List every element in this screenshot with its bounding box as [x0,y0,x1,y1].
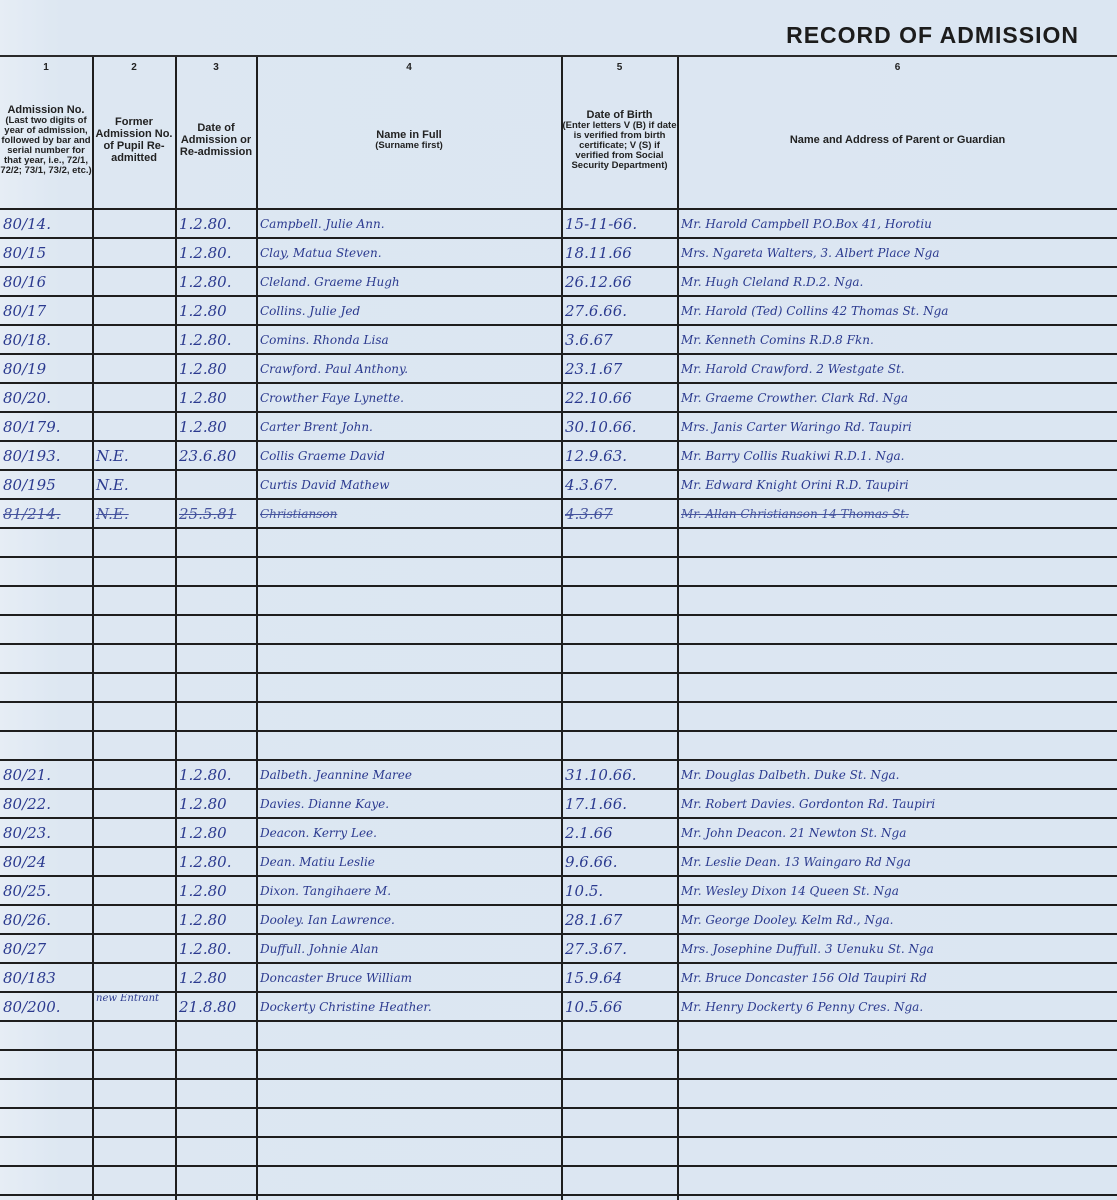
cell-dob: 15.9.64 [562,965,676,992]
cell-adm: 80/183 [0,965,91,992]
cell-dob: 31.10.66. [562,762,676,789]
table-row: 80/22.1.2.80Davies. Dianne Kaye.17.1.66.… [0,789,1117,818]
cell-adm: 80/17 [0,298,91,325]
cell-date: 1.2.80 [176,820,255,847]
cell-former [93,327,174,354]
column-header-former-admission: 2 Former Admission No. of Pupil Re-admit… [93,57,175,207]
table-row [0,615,1117,644]
cell-name: Dockerty Christine Heather. [257,994,560,1021]
table-row: 80/14.1.2.80.Campbell. Julie Ann.15-11-6… [0,209,1117,238]
table-row [0,673,1117,702]
cell-former [93,385,174,412]
cell-dob: 17.1.66. [562,791,676,818]
table-row [0,1079,1117,1108]
row-rule [0,1194,1117,1196]
table-row [0,644,1117,673]
cell-date: 1.2.80. [176,240,255,267]
table-row: 80/21.1.2.80.Dalbeth. Jeannine Maree31.1… [0,760,1117,789]
cell-former [93,762,174,789]
cell-former [93,936,174,963]
table-row: 80/151.2.80.Clay, Matua Steven.18.11.66M… [0,238,1117,267]
cell-name: Crowther Faye Lynette. [257,385,560,412]
cell-dob: 22.10.66 [562,385,676,412]
cell-date: 23.6.80 [176,443,255,470]
cell-name: Comins. Rhonda Lisa [257,327,560,354]
cell-date: 1.2.80 [176,356,255,383]
cell-parent: Mr. Barry Collis Ruakiwi R.D.1. Nga. [678,443,1116,470]
column-header-date-of-birth: 5 Date of Birth(Enter letters V (B) if d… [562,57,677,207]
cell-date: 21.8.80 [176,994,255,1021]
cell-parent: Mr. Harold Campbell P.O.Box 41, Horotiu [678,211,1116,238]
cell-date: 1.2.80 [176,965,255,992]
cell-adm: 80/21. [0,762,91,789]
table-row: 80/200.new Entrant21.8.80Dockerty Christ… [0,992,1117,1021]
cell-date: 1.2.80. [176,269,255,296]
cell-date: 1.2.80 [176,385,255,412]
cell-name: Deacon. Kerry Lee. [257,820,560,847]
cell-dob: 4.3.67. [562,472,676,499]
cell-former [93,820,174,847]
cell-former [93,791,174,818]
cell-name: Christianson [257,501,560,528]
cell-name: Dooley. Ian Lawrence. [257,907,560,934]
cell-former [93,269,174,296]
table-row [0,731,1117,760]
cell-adm: 80/18. [0,327,91,354]
cell-parent: Mr. Harold (Ted) Collins 42 Thomas St. N… [678,298,1116,325]
cell-dob: 26.12.66 [562,269,676,296]
table-row: 80/195N.E.Curtis David Mathew4.3.67.Mr. … [0,470,1117,499]
table-row: 80/20.1.2.80Crowther Faye Lynette.22.10.… [0,383,1117,412]
cell-name: Davies. Dianne Kaye. [257,791,560,818]
cell-parent: Mr. Kenneth Comins R.D.8 Fkn. [678,327,1116,354]
cell-adm: 80/195 [0,472,91,499]
cell-former: N.E. [93,501,174,528]
cell-name: Crawford. Paul Anthony. [257,356,560,383]
cell-parent: Mr. Graeme Crowther. Clark Rd. Nga [678,385,1116,412]
table-row: 80/193.N.E.23.6.80Collis Graeme David12.… [0,441,1117,470]
cell-dob: 10.5. [562,878,676,905]
cell-dob: 2.1.66 [562,820,676,847]
cell-date: 1.2.80. [176,849,255,876]
cell-parent: Mr. John Deacon. 21 Newton St. Nga [678,820,1116,847]
cell-adm: 80/24 [0,849,91,876]
table-row: 80/26.1.2.80Dooley. Ian Lawrence.28.1.67… [0,905,1117,934]
admission-register-page: RECORD OF ADMISSION 1 Admission No.(Last… [0,0,1117,1200]
cell-adm: 80/25. [0,878,91,905]
cell-former [93,211,174,238]
cell-former [93,965,174,992]
cell-parent: Mr. Wesley Dixon 14 Queen St. Nga [678,878,1116,905]
cell-date: 1.2.80. [176,936,255,963]
admission-table: 1 Admission No.(Last two digits of year … [0,57,1117,1200]
cell-adm: 80/26. [0,907,91,934]
cell-date: 1.2.80 [176,414,255,441]
cell-former [93,414,174,441]
cell-adm: 80/15 [0,240,91,267]
cell-dob: 9.6.66. [562,849,676,876]
table-row [0,1108,1117,1137]
cell-name: Doncaster Bruce William [257,965,560,992]
cell-parent: Mr. Henry Dockerty 6 Penny Cres. Nga. [678,994,1116,1021]
cell-date: 1.2.80 [176,907,255,934]
page-title: RECORD OF ADMISSION [786,22,1079,49]
table-row: 80/161.2.80.Cleland. Graeme Hugh26.12.66… [0,267,1117,296]
cell-dob: 10.5.66 [562,994,676,1021]
cell-former [93,849,174,876]
column-header-date-admission: 3 Date of Admission or Re-admission [176,57,256,207]
cell-parent: Mrs. Janis Carter Waringo Rd. Taupiri [678,414,1116,441]
cell-dob: 27.3.67. [562,936,676,963]
table-row [0,1166,1117,1195]
cell-adm: 80/27 [0,936,91,963]
cell-adm: 80/14. [0,211,91,238]
cell-parent: Mr. Edward Knight Orini R.D. Taupiri [678,472,1116,499]
table-row: 80/25.1.2.80Dixon. Tangihaere M.10.5.Mr.… [0,876,1117,905]
cell-date [176,472,255,499]
table-row: 80/191.2.80Crawford. Paul Anthony.23.1.6… [0,354,1117,383]
cell-date: 1.2.80 [176,791,255,818]
column-header-parent: 6 Name and Address of Parent or Guardian [678,57,1117,207]
cell-dob: 23.1.67 [562,356,676,383]
cell-name: Duffull. Johnie Alan [257,936,560,963]
cell-former [93,356,174,383]
cell-parent: Mr. George Dooley. Kelm Rd., Nga. [678,907,1116,934]
cell-adm: 80/20. [0,385,91,412]
table-row: 80/1831.2.80Doncaster Bruce William15.9.… [0,963,1117,992]
column-header-admission-no: 1 Admission No.(Last two digits of year … [0,57,92,207]
cell-adm: 80/200. [0,994,91,1021]
cell-name: Clay, Matua Steven. [257,240,560,267]
table-row: 80/241.2.80.Dean. Matiu Leslie9.6.66.Mr.… [0,847,1117,876]
cell-parent: Mr. Douglas Dalbeth. Duke St. Nga. [678,762,1116,789]
cell-date: 1.2.80 [176,878,255,905]
cell-former: N.E. [93,443,174,470]
cell-name: Dean. Matiu Leslie [257,849,560,876]
cell-dob: 12.9.63. [562,443,676,470]
table-row [0,1137,1117,1166]
table-row [0,557,1117,586]
cell-dob: 4.3.67 [562,501,676,528]
cell-dob: 30.10.66. [562,414,676,441]
cell-name: Collins. Julie Jed [257,298,560,325]
cell-adm: 81/214. [0,501,91,528]
table-row: 80/18.1.2.80.Comins. Rhonda Lisa3.6.67Mr… [0,325,1117,354]
table-row: 80/179.1.2.80Carter Brent John.30.10.66.… [0,412,1117,441]
cell-adm: 80/23. [0,820,91,847]
cell-adm: 80/179. [0,414,91,441]
cell-name: Dixon. Tangihaere M. [257,878,560,905]
cell-date: 1.2.80. [176,327,255,354]
cell-dob: 18.11.66 [562,240,676,267]
cell-adm: 80/16 [0,269,91,296]
column-header-name: 4 Name in Full(Surname first) [257,57,561,207]
cell-date: 1.2.80. [176,762,255,789]
cell-parent: Mr. Harold Crawford. 2 Westgate St. [678,356,1116,383]
cell-former [93,240,174,267]
cell-parent: Mr. Bruce Doncaster 156 Old Taupiri Rd [678,965,1116,992]
cell-former: new Entrant [93,994,174,1021]
cell-parent: Mrs. Ngareta Walters, 3. Albert Place Ng… [678,240,1116,267]
cell-former [93,878,174,905]
table-row: 80/23.1.2.80Deacon. Kerry Lee.2.1.66Mr. … [0,818,1117,847]
table-row [0,586,1117,615]
table-row: 80/171.2.80Collins. Julie Jed27.6.66.Mr.… [0,296,1117,325]
cell-parent: Mr. Allan Christianson 14 Thomas St. [678,501,1116,528]
cell-date: 1.2.80. [176,211,255,238]
cell-name: Carter Brent John. [257,414,560,441]
cell-parent: Mrs. Josephine Duffull. 3 Uenuku St. Nga [678,936,1116,963]
table-row [0,1050,1117,1079]
table-row: 80/271.2.80.Duffull. Johnie Alan27.3.67.… [0,934,1117,963]
cell-former: N.E. [93,472,174,499]
cell-dob: 28.1.67 [562,907,676,934]
cell-name: Collis Graeme David [257,443,560,470]
cell-parent: Mr. Robert Davies. Gordonton Rd. Taupiri [678,791,1116,818]
cell-former [93,907,174,934]
cell-adm: 80/193. [0,443,91,470]
cell-name: Dalbeth. Jeannine Maree [257,762,560,789]
cell-dob: 27.6.66. [562,298,676,325]
table-row [0,702,1117,731]
table-row [0,528,1117,557]
table-row: 81/214.N.E.25.5.81Christianson4.3.67Mr. … [0,499,1117,528]
cell-date: 25.5.81 [176,501,255,528]
cell-dob: 15-11-66. [562,211,676,238]
cell-name: Campbell. Julie Ann. [257,211,560,238]
table-row [0,1021,1117,1050]
cell-adm: 80/19 [0,356,91,383]
cell-former [93,298,174,325]
cell-name: Cleland. Graeme Hugh [257,269,560,296]
cell-name: Curtis David Mathew [257,472,560,499]
cell-dob: 3.6.67 [562,327,676,354]
cell-parent: Mr. Hugh Cleland R.D.2. Nga. [678,269,1116,296]
cell-parent: Mr. Leslie Dean. 13 Waingaro Rd Nga [678,849,1116,876]
cell-date: 1.2.80 [176,298,255,325]
cell-adm: 80/22. [0,791,91,818]
